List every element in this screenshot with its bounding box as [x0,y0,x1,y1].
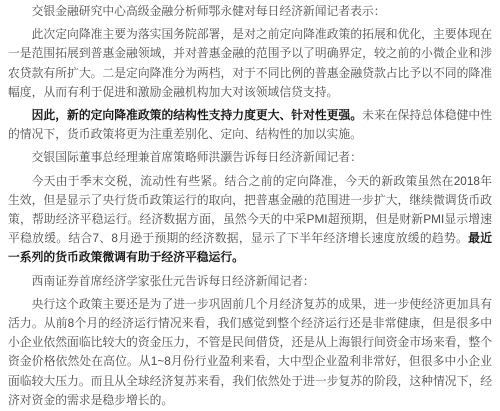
speaker-intro-bocom-intl-strategist: 交银国际董事总经理兼首席策略师洪灏告诉每日经济新闻记者： [8,148,492,167]
speaker-intro-swsc-economist: 西南证券首席经济学家张仕元告诉每日经济新闻记者： [8,272,492,291]
quote-text: 今天由于季末交税，流动性有些紧。结合之前的定向降准，今天的新政策虽然在2018年… [8,174,492,246]
quote-text: 央行这个政策主要还是为了进一步巩固前几个月经济复苏的成果，进一步使经济更加具有活… [8,297,492,407]
quote-targeted-rrr-cut-details: 此次定向降准主要为落实国务院部署，是对之前定向降准政策的拓展和优化，主要体现在一… [8,25,492,102]
quote-bold-lead-text: 因此，新的定向降准政策的结构性支持力度更大、针对性更强。 [32,108,363,122]
speaker-intro-text: 交银金融研究中心高级金融分析师鄂永健对每日经济新闻记者表示： [32,4,386,18]
quote-policy-conclusion: 因此，新的定向降准政策的结构性支持力度更大、针对性更强。未来在保持总体稳健中性的… [8,106,492,144]
quote-text: 此次定向降准主要为落实国务院部署，是对之前定向降准政策的拓展和优化，主要体现在一… [8,27,492,99]
article-page: 交银金融研究中心高级金融分析师鄂永健对每日经济新闻记者表示： 此次定向降准主要为… [0,0,500,411]
quote-liquidity-and-pmi-comment: 今天由于季末交税，流动性有些紧。结合之前的定向降准，今天的新政策虽然在2018年… [8,172,492,268]
speaker-intro-text: 西南证券首席经济学家张仕元告诉每日经济新闻记者： [32,274,315,288]
speaker-intro-bocom-analyst: 交银金融研究中心高级金融分析师鄂永健对每日经济新闻记者表示： [8,2,492,21]
speaker-intro-text: 交银国际董事总经理兼首席策略师洪灏告诉每日经济新闻记者： [32,150,362,164]
quote-economy-recovery-comment: 央行这个政策主要还是为了进一步巩固前几个月经济复苏的成果，进一步使经济更加具有活… [8,295,492,410]
